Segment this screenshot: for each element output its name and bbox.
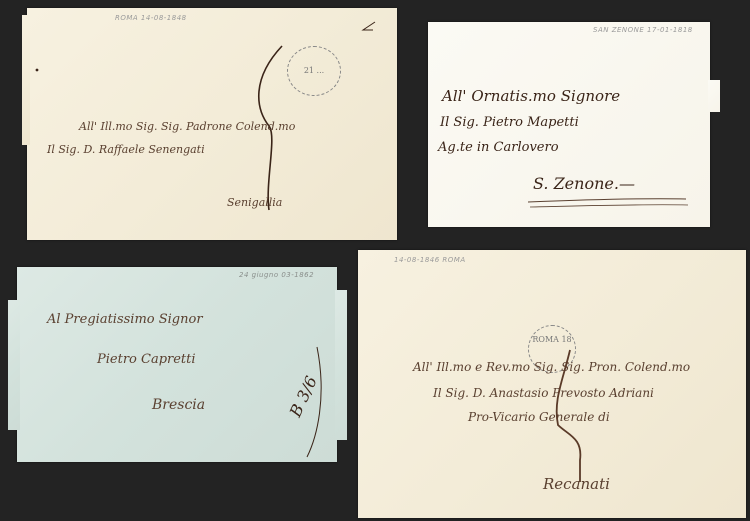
- address-line-3: Senigallia: [227, 196, 282, 209]
- letter-side-tab: [708, 80, 720, 112]
- letter-side-fold: [8, 300, 20, 430]
- address-line-1: All' Ill.mo Sig. Sig. Padrone Colend.mo: [79, 120, 295, 133]
- letter-san-zenone-1818: SAN ZENONE 17-01-1818 All' Ornatis.mo Si…: [428, 22, 710, 227]
- letter-flap: [22, 15, 30, 145]
- rate-mark-stroke: [358, 250, 746, 518]
- rate-mark-flourish: [17, 267, 337, 462]
- letter-roma-1846: 14-08-1846 ROMA ROMA 18 All' Ill.mo e Re…: [358, 250, 746, 518]
- underline-flourish: [428, 22, 710, 227]
- letter-roma-1848: ROMA 14-08-1848 21 ... All' Ill.mo Sig. …: [27, 8, 397, 240]
- letter-side-fold-right: [335, 290, 347, 440]
- letter-brescia-1862: 24 giugno 03-1862 Al Pregiatissimo Signo…: [17, 267, 337, 462]
- address-line-2: Il Sig. D. Raffaele Senengati: [47, 143, 205, 156]
